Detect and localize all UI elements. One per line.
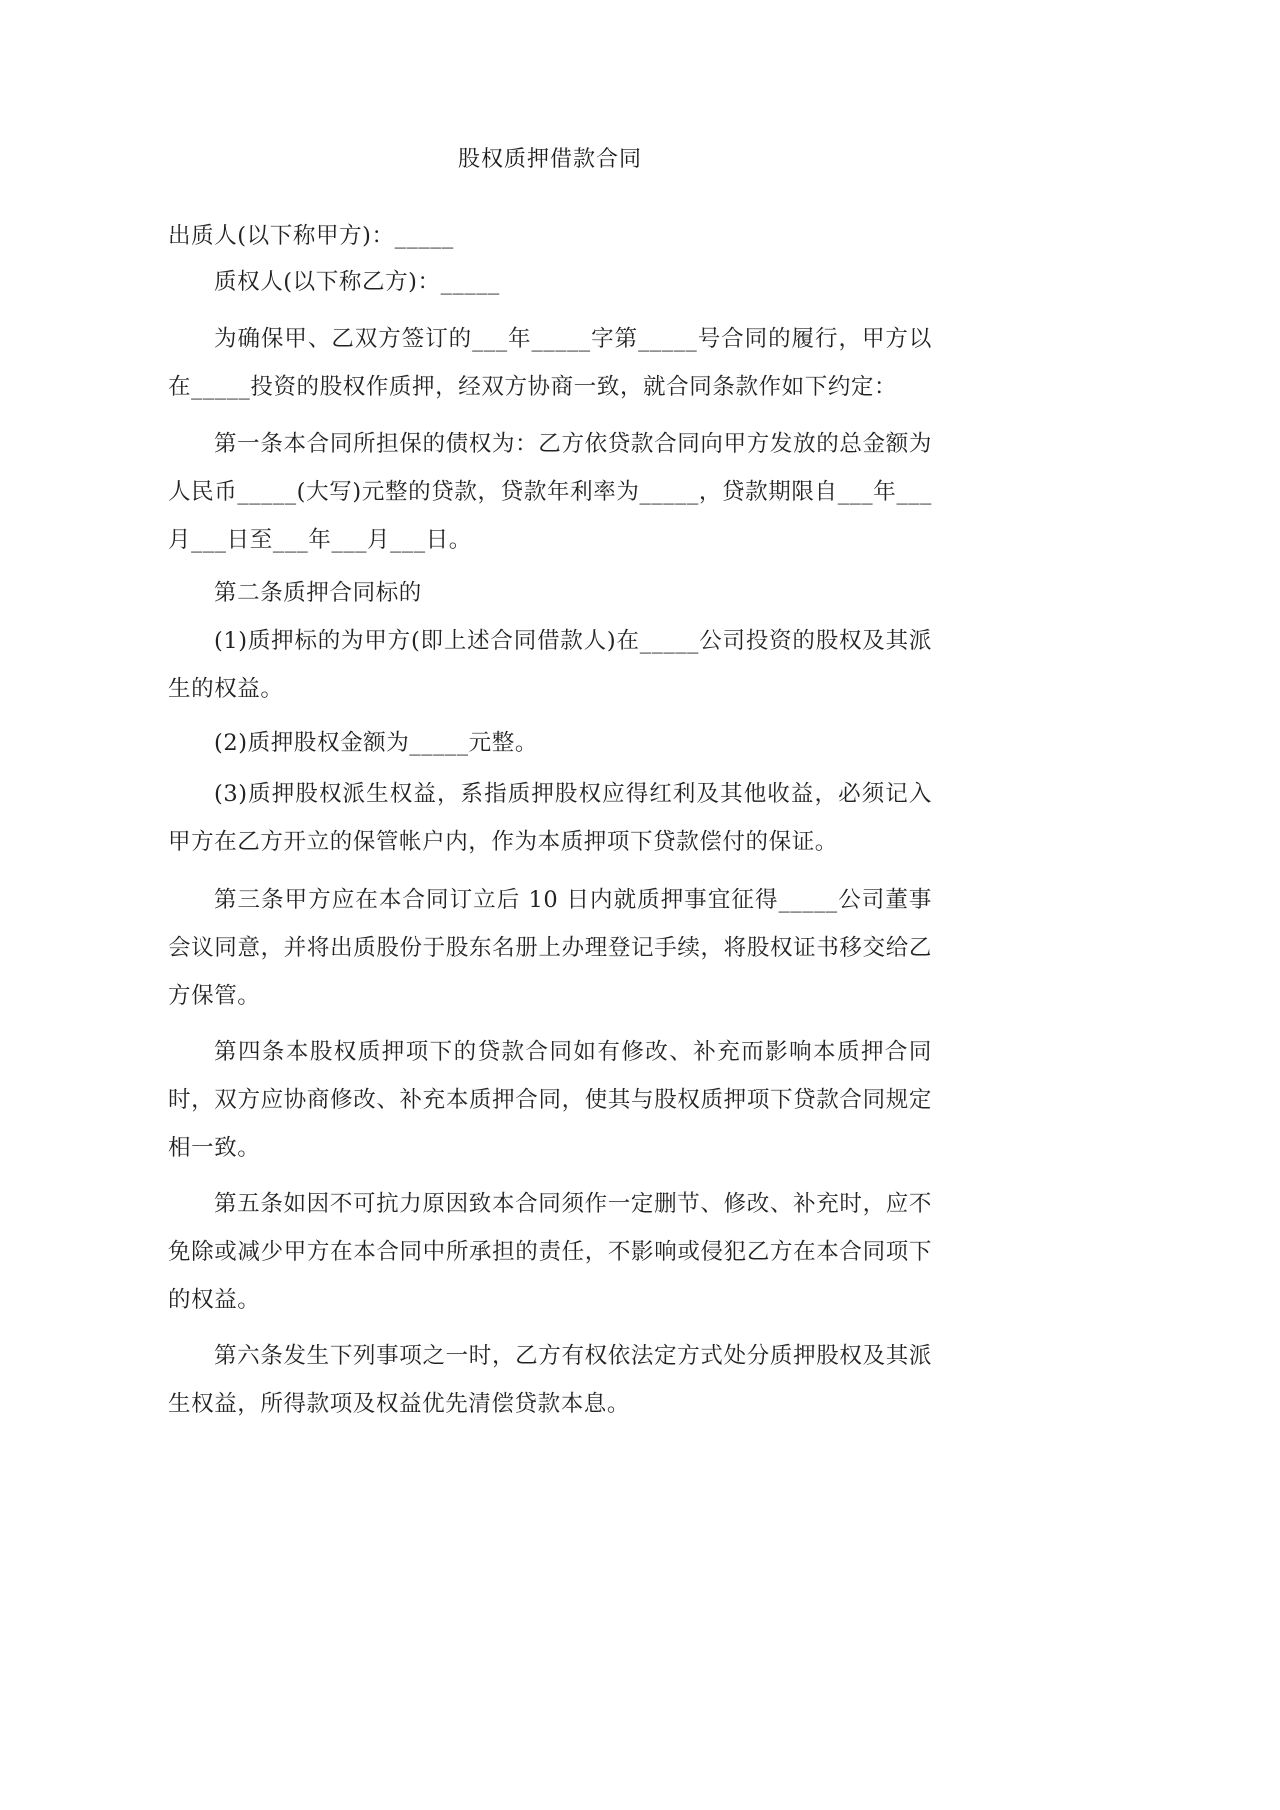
- paragraph-article-4: 第四条本股权质押项下的贷款合同如有修改、补充而影响本质押合同时，双方应协商修改、…: [168, 1028, 932, 1172]
- paragraph-preamble: 为确保甲、乙双方签订的___年_____字第_____号合同的履行，甲方以在__…: [168, 315, 932, 411]
- paragraph-article-5: 第五条如因不可抗力原因致本合同须作一定删节、修改、补充时，应不免除或减少甲方在本…: [168, 1180, 932, 1324]
- document-title: 股权质押借款合同: [168, 142, 932, 173]
- paragraph-article-6: 第六条发生下列事项之一时，乙方有权依法定方式处分质押股权及其派生权益，所得款项及…: [168, 1332, 932, 1428]
- paragraph-article-2-item-3: (3)质押股权派生权益，系指质押股权应得红利及其他收益，必须记入甲方在乙方开立的…: [168, 770, 932, 866]
- paragraph-article-2-item-1: (1)质押标的为甲方(即上述合同借款人)在_____公司投资的股权及其派生的权益…: [168, 617, 932, 713]
- paragraph-pledgor: 出质人(以下称甲方)：_____: [168, 212, 932, 260]
- paragraph-article-2-item-2: (2)质押股权金额为_____元整。: [168, 719, 932, 767]
- paragraph-pledgee: 质权人(以下称乙方)：_____: [168, 258, 932, 306]
- paragraph-article-3: 第三条甲方应在本合同订立后 10 日内就质押事宜征得_____公司董事会议同意，…: [168, 876, 932, 1020]
- paragraph-article-2: 第二条质押合同标的: [168, 569, 932, 617]
- paragraph-article-1: 第一条本合同所担保的债权为：乙方依贷款合同向甲方发放的总金额为人民币_____(…: [168, 420, 932, 564]
